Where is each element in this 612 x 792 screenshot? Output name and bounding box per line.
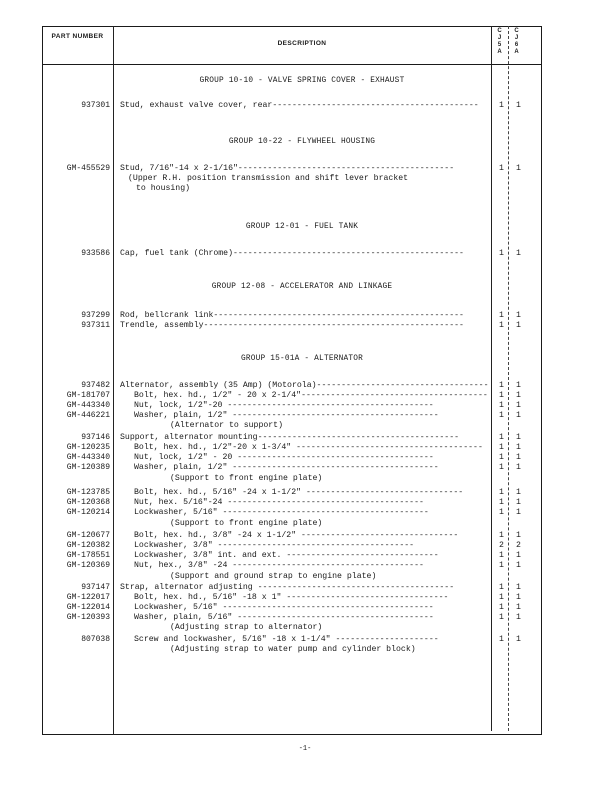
table-row: GM-455529 Stud, 7/16"-14 x 2-1/16"------…	[42, 164, 542, 174]
description: Strap, alternator adjusting ------------…	[120, 583, 488, 593]
table-row-note: (Adjusting strap to water pump and cylin…	[42, 645, 542, 655]
table-row: GM-120235 Bolt, hex. hd., 1/2"-20 x 1-3/…	[42, 443, 542, 453]
qty-cj6a: 1	[510, 411, 527, 421]
description: Lockwasher, 3/8" -----------------------…	[134, 541, 488, 551]
qty-cj5a: 1	[493, 433, 510, 443]
description: Bolt, hex. hd., 5/16" -24 x 1-1/2" -----…	[134, 488, 488, 498]
part-number: 933586	[42, 249, 110, 259]
description: Bolt, hex. hd., 1/2"-20 x 1-3/4" -------…	[134, 443, 488, 453]
part-number: GM-178551	[42, 551, 110, 561]
group-title: GROUP 12-01 - FUEL TANK	[113, 223, 491, 231]
table-row: 937299 Rod, bellcrank link--------------…	[42, 311, 542, 321]
qty-cj6a: 1	[510, 401, 527, 411]
note: (Support and ground strap to engine plat…	[170, 572, 376, 582]
part-number: GM-446221	[42, 411, 110, 421]
table-row-note: (Support to front engine plate)	[42, 474, 542, 484]
qty-cj5a: 1	[493, 249, 510, 259]
part-number: 807038	[42, 635, 110, 645]
qty-cj6a: 1	[510, 321, 527, 331]
qty-cj6a: 1	[510, 443, 527, 453]
note: (Alternator to support)	[170, 421, 283, 431]
table-row: 937301 Stud, exhaust valve cover, rear--…	[42, 101, 542, 111]
note: (Support to front engine plate)	[170, 474, 322, 484]
qty-cj5a: 1	[493, 583, 510, 593]
part-number: GM-120214	[42, 508, 110, 518]
note: (Support to front engine plate)	[170, 519, 322, 529]
part-number: GM-122017	[42, 593, 110, 603]
qty-cj6a: 1	[510, 508, 527, 518]
qty-cj5a: 1	[493, 321, 510, 331]
group-title: GROUP 12-08 - ACCELERATOR AND LINKAGE	[113, 283, 491, 291]
description: Lockwasher, 5/16" ----------------------…	[134, 508, 488, 518]
note: (Adjusting strap to water pump and cylin…	[170, 645, 416, 655]
table-row: 937482 Alternator, assembly (35 Amp) (Mo…	[42, 381, 542, 391]
part-number: 937482	[42, 381, 110, 391]
part-number: GM-120677	[42, 531, 110, 541]
qty-cj6a: 1	[510, 381, 527, 391]
qty-cj6a: 1	[510, 583, 527, 593]
header-cj5a: CJ5A	[491, 28, 508, 56]
qty-cj6a: 1	[510, 164, 527, 174]
part-number: GM-120368	[42, 498, 110, 508]
page-number: -1-	[290, 745, 320, 753]
header-cj6a: CJ6A	[508, 28, 525, 56]
table-row: GM-123785 Bolt, hex. hd., 5/16" -24 x 1-…	[42, 488, 542, 498]
qty-cj5a: 1	[493, 443, 510, 453]
qty-cj6a: 1	[510, 635, 527, 645]
table-row: GM-122014 Lockwasher, 5/16" ------------…	[42, 603, 542, 613]
qty-cj6a: 1	[510, 488, 527, 498]
table-row: GM-178551 Lockwasher, 3/8" int. and ext.…	[42, 551, 542, 561]
qty-cj6a: 2	[510, 541, 527, 551]
qty-cj5a: 2	[493, 541, 510, 551]
description: Rod, bellcrank link---------------------…	[120, 311, 488, 321]
table-row: GM-446221 Washer, plain, 1/2" ----------…	[42, 411, 542, 421]
part-number: GM-181707	[42, 391, 110, 401]
qty-cj5a: 1	[493, 561, 510, 571]
table-row: GM-443340 Nut, lock, 1/2"-20 -----------…	[42, 401, 542, 411]
description: Bolt, hex. hd., 3/8" -24 x 1-1/2" ------…	[134, 531, 488, 541]
table-row-note: (Adjusting strap to alternator)	[42, 623, 542, 633]
header-divider	[42, 64, 542, 65]
description: Bolt, hex. hd., 5/16" -18 x 1" ---------…	[134, 593, 488, 603]
table-row: 937311 Trendle, assembly----------------…	[42, 321, 542, 331]
qty-cj5a: 1	[493, 603, 510, 613]
part-number: GM-443340	[42, 401, 110, 411]
qty-cj5a: 1	[493, 498, 510, 508]
qty-cj6a: 1	[510, 311, 527, 321]
qty-cj6a: 1	[510, 249, 527, 259]
table-row: GM-120368 Nut, hex. 5/16"-24 -----------…	[42, 498, 542, 508]
part-number: 937301	[42, 101, 110, 111]
part-number: 937311	[42, 321, 110, 331]
part-number: 937147	[42, 583, 110, 593]
table-row: GM-181707 Bolt, hex. hd., 1/2" - 20 x 2-…	[42, 391, 542, 401]
note: (Upper R.H. position transmission and sh…	[128, 174, 408, 184]
table-row: GM-120393 Washer, plain, 5/16" ---------…	[42, 613, 542, 623]
qty-cj5a: 1	[493, 551, 510, 561]
part-number: GM-123785	[42, 488, 110, 498]
qty-cj6a: 1	[510, 531, 527, 541]
description: Stud, exhaust valve cover, rear---------…	[120, 101, 488, 111]
part-number: GM-120382	[42, 541, 110, 551]
part-number: GM-120369	[42, 561, 110, 571]
description: Alternator, assembly (35 Amp) (Motorola)…	[120, 381, 488, 391]
table-row: GM-120214 Lockwasher, 5/16" ------------…	[42, 508, 542, 518]
note: (Adjusting strap to alternator)	[170, 623, 322, 633]
qty-cj5a: 1	[493, 488, 510, 498]
table-row: 807038 Screw and lockwasher, 5/16" -18 x…	[42, 635, 542, 645]
qty-cj6a: 1	[510, 498, 527, 508]
description: Washer, plain, 1/2" --------------------…	[134, 463, 488, 473]
note: to housing)	[136, 184, 190, 194]
parts-list-page: PART NUMBER DESCRIPTION CJ5A CJ6A GROUP …	[0, 0, 612, 792]
part-number: GM-120389	[42, 463, 110, 473]
part-number: GM-120235	[42, 443, 110, 453]
part-number: GM-443340	[42, 453, 110, 463]
description: Trendle, assembly-----------------------…	[120, 321, 488, 331]
part-number: 937299	[42, 311, 110, 321]
part-number: GM-122014	[42, 603, 110, 613]
qty-cj5a: 1	[493, 381, 510, 391]
description: Stud, 7/16"-14 x 2-1/16"----------------…	[120, 164, 488, 174]
qty-cj5a: 1	[493, 593, 510, 603]
table-row: 937147 Strap, alternator adjusting -----…	[42, 583, 542, 593]
table-row: GM-443340 Nut, lock, 1/2" - 20 ---------…	[42, 453, 542, 463]
description: Bolt, hex. hd., 1/2" - 20 x 2-1/4"------…	[134, 391, 488, 401]
description: Cap, fuel tank (Chrome)-----------------…	[120, 249, 488, 259]
description: Nut, hex., 3/8" -24 --------------------…	[134, 561, 488, 571]
qty-cj5a: 1	[493, 635, 510, 645]
qty-cj5a: 1	[493, 453, 510, 463]
qty-cj6a: 1	[510, 593, 527, 603]
qty-cj5a: 1	[493, 164, 510, 174]
qty-cj6a: 1	[510, 391, 527, 401]
qty-cj6a: 1	[510, 603, 527, 613]
part-number: GM-120393	[42, 613, 110, 623]
table-row: GM-120389 Washer, plain, 1/2" ----------…	[42, 463, 542, 473]
qty-cj5a: 1	[493, 101, 510, 111]
table-row: GM-120677 Bolt, hex. hd., 3/8" -24 x 1-1…	[42, 531, 542, 541]
qty-cj6a: 1	[510, 613, 527, 623]
table-row: GM-120369 Nut, hex., 3/8" -24 ----------…	[42, 561, 542, 571]
qty-cj6a: 1	[510, 561, 527, 571]
description: Washer, plain, 5/16" -------------------…	[134, 613, 488, 623]
qty-cj6a: 1	[510, 453, 527, 463]
table-row: GM-120382 Lockwasher, 3/8" -------------…	[42, 541, 542, 551]
qty-cj5a: 1	[493, 613, 510, 623]
table-row-note: (Support and ground strap to engine plat…	[42, 572, 542, 582]
description: Support, alternator mounting------------…	[120, 433, 488, 443]
group-title: GROUP 15-01A - ALTERNATOR	[113, 355, 491, 363]
description: Nut, lock, 1/2"-20 ---------------------…	[134, 401, 488, 411]
description: Screw and lockwasher, 5/16" -18 x 1-1/4"…	[134, 635, 488, 645]
group-title: GROUP 10-22 - FLYWHEEL HOUSING	[113, 138, 491, 146]
table-row-note: to housing)	[42, 184, 542, 194]
qty-cj5a: 1	[493, 531, 510, 541]
qty-cj6a: 1	[510, 433, 527, 443]
description: Washer, plain, 1/2" --------------------…	[134, 411, 488, 421]
table-row: 933586 Cap, fuel tank (Chrome)----------…	[42, 249, 542, 259]
table-row: GM-122017 Bolt, hex. hd., 5/16" -18 x 1"…	[42, 593, 542, 603]
header-description: DESCRIPTION	[113, 40, 491, 47]
qty-cj6a: 1	[510, 551, 527, 561]
table-row-note: (Upper R.H. position transmission and sh…	[42, 174, 542, 184]
header-part-number: PART NUMBER	[42, 33, 113, 41]
qty-cj5a: 1	[493, 463, 510, 473]
description: Nut, hex. 5/16"-24 ---------------------…	[134, 498, 488, 508]
qty-cj5a: 1	[493, 401, 510, 411]
table-row-note: (Support to front engine plate)	[42, 519, 542, 529]
qty-cj5a: 1	[493, 391, 510, 401]
qty-cj6a: 1	[510, 101, 527, 111]
table-row: 937146 Support, alternator mounting-----…	[42, 433, 542, 443]
qty-cj5a: 1	[493, 411, 510, 421]
description: Lockwasher, 5/16" ----------------------…	[134, 603, 488, 613]
qty-cj5a: 1	[493, 508, 510, 518]
group-title: GROUP 10-10 - VALVE SPRING COVER - EXHAU…	[113, 77, 491, 85]
part-number: 937146	[42, 433, 110, 443]
description: Lockwasher, 3/8" int. and ext. ---------…	[134, 551, 488, 561]
description: Nut, lock, 1/2" - 20 -------------------…	[134, 453, 488, 463]
qty-cj6a: 1	[510, 463, 527, 473]
qty-cj5a: 1	[493, 311, 510, 321]
table-row-note: (Alternator to support)	[42, 421, 542, 431]
part-number: GM-455529	[42, 164, 110, 174]
